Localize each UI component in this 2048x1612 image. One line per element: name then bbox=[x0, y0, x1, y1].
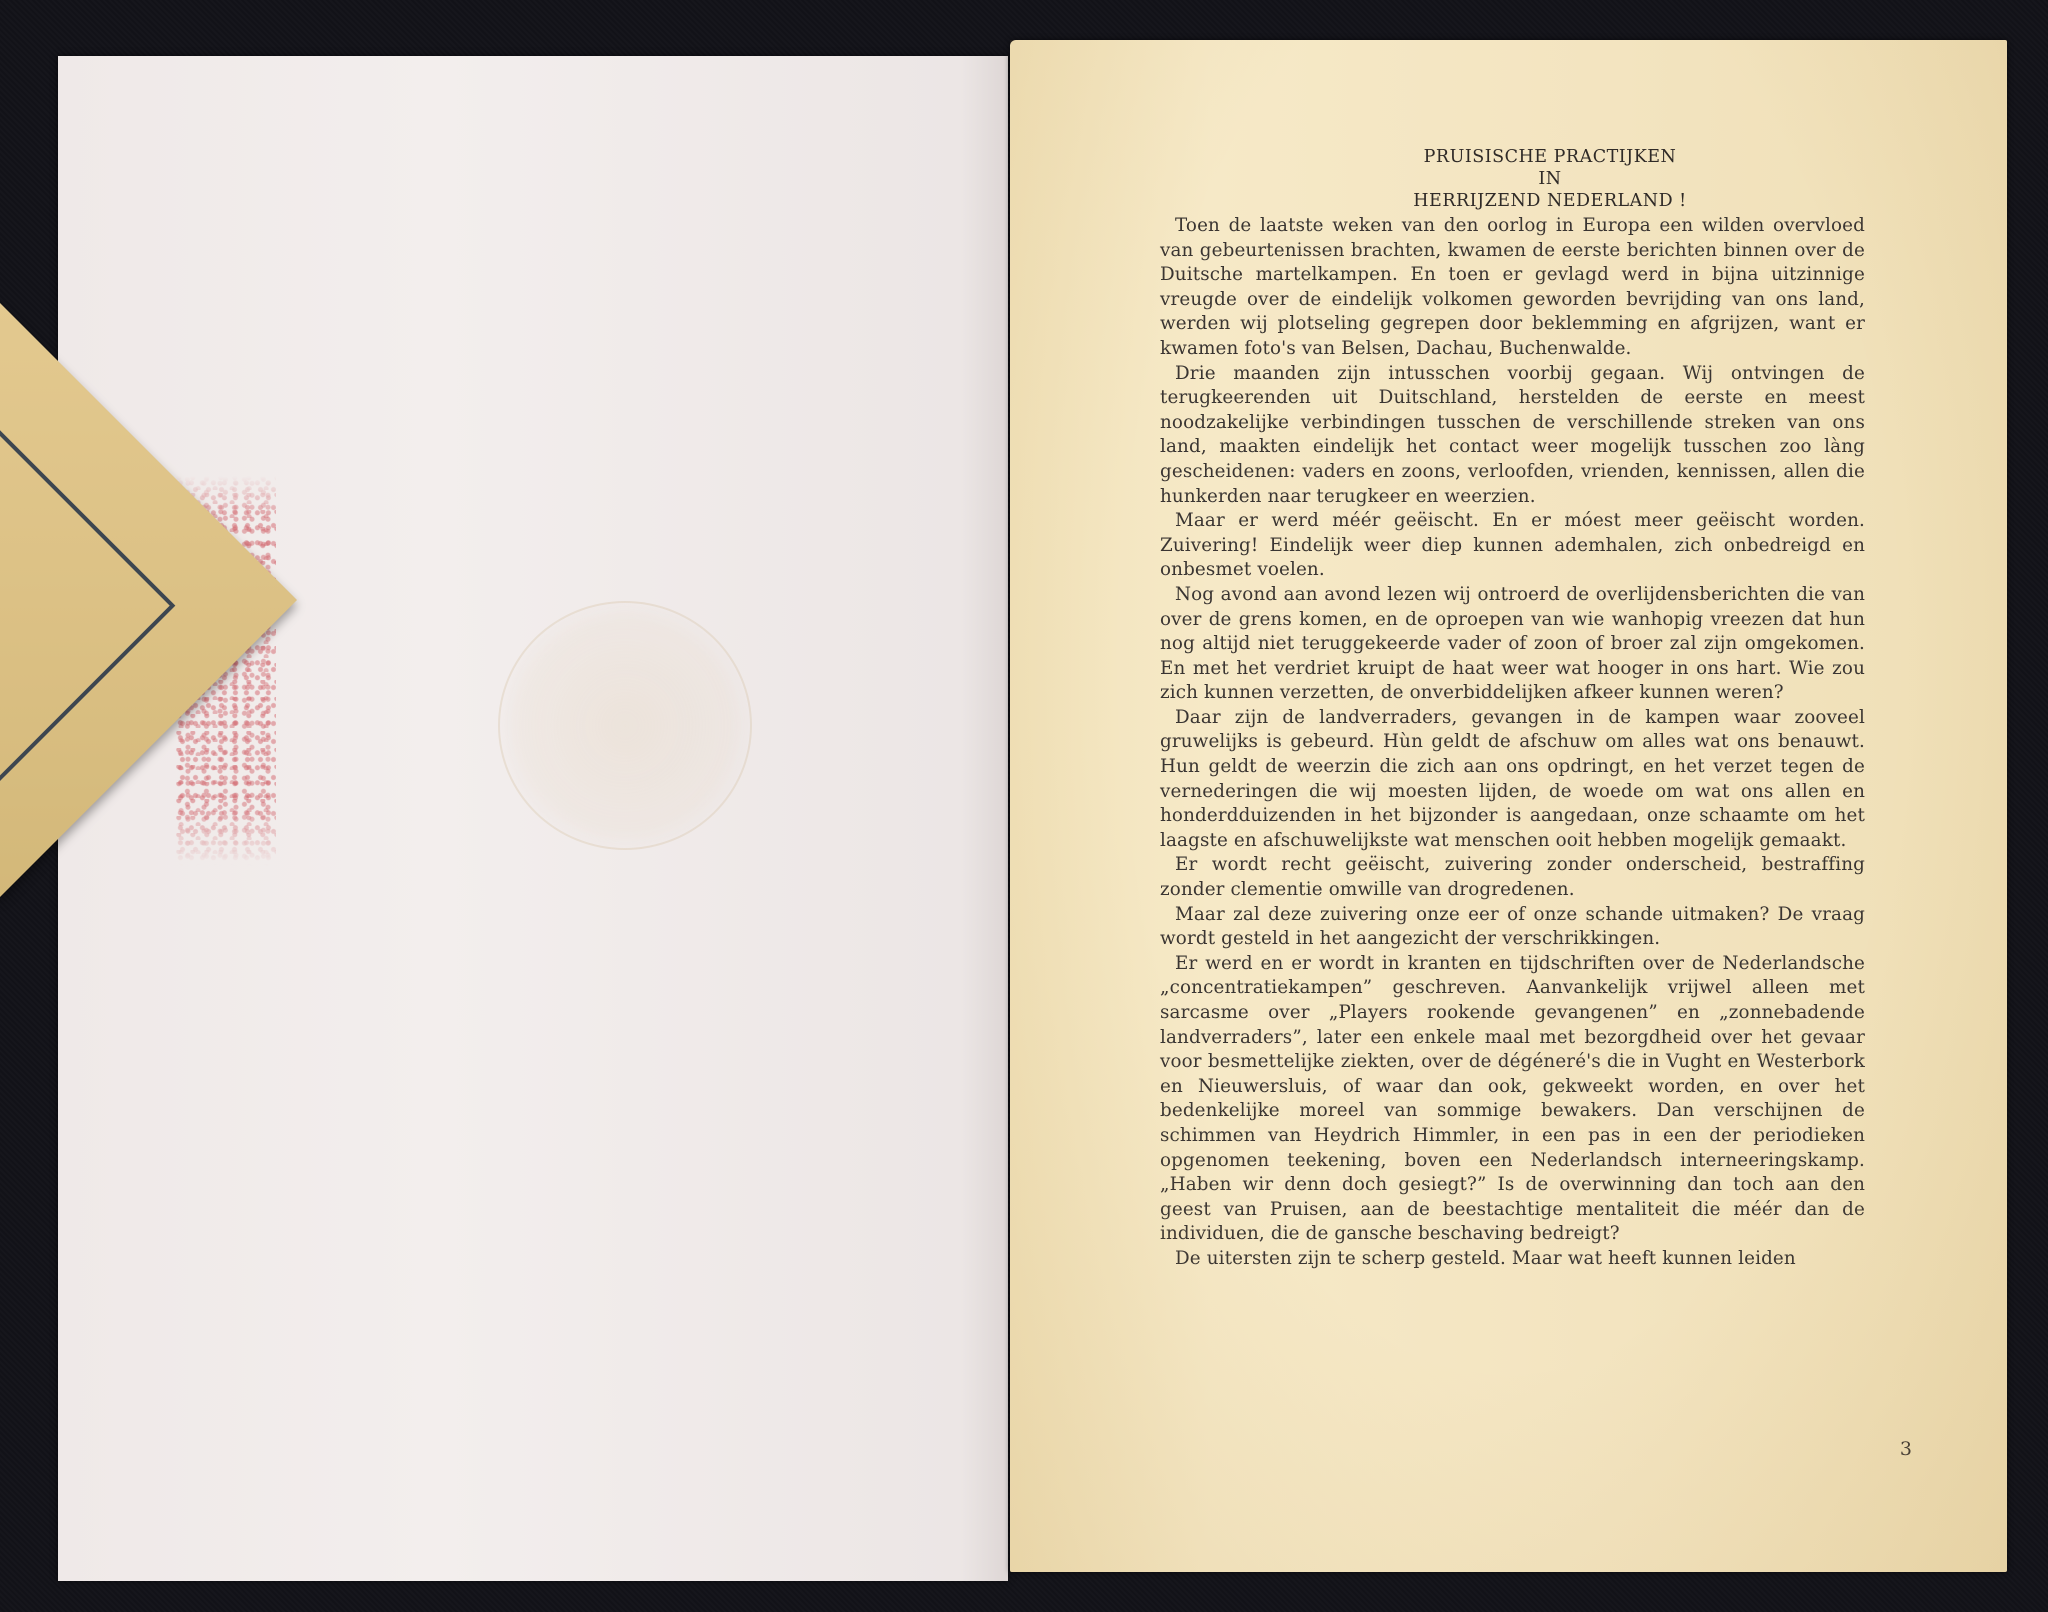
paragraph: Er wordt recht geëischt, zuivering zonde… bbox=[1160, 853, 1865, 902]
title-line-3: HERRIJZEND NEDERLAND ! bbox=[1235, 190, 1865, 212]
page-number: 3 bbox=[1900, 1438, 1912, 1460]
folded-paper-border-frame bbox=[0, 430, 175, 781]
paragraph: Drie maanden zijn intusschen voorbij geg… bbox=[1160, 362, 1865, 510]
paragraph: Nog avond aan avond lezen wij ontroerd d… bbox=[1160, 583, 1865, 706]
circular-stamp-imprint bbox=[498, 601, 752, 850]
page-title: PRUISISCHE PRACTIJKEN IN HERRIJZEND NEDE… bbox=[1235, 146, 1865, 212]
paragraph: Maar er werd méér geëischt. En er móest … bbox=[1160, 509, 1865, 583]
paragraph: Toen de laatste weken van den oorlog in … bbox=[1160, 214, 1865, 362]
paragraph: Daar zijn de landverraders, gevangen in … bbox=[1160, 706, 1865, 854]
title-line-2: IN bbox=[1235, 168, 1865, 190]
paragraph: Maar zal deze zuivering onze eer of onze… bbox=[1160, 903, 1865, 952]
page-text-block: PRUISISCHE PRACTIJKEN IN HERRIJZEND NEDE… bbox=[1160, 146, 1865, 1272]
paragraph: Er werd en er wordt in kranten en tijdsc… bbox=[1160, 952, 1865, 1247]
left-page-blank bbox=[58, 56, 1008, 1581]
right-page: PRUISISCHE PRACTIJKEN IN HERRIJZEND NEDE… bbox=[1010, 40, 2007, 1572]
paragraph-last-line: De uitersten zijn te scherp gesteld. Maa… bbox=[1160, 1247, 1865, 1272]
title-line-1: PRUISISCHE PRACTIJKEN bbox=[1235, 146, 1865, 168]
